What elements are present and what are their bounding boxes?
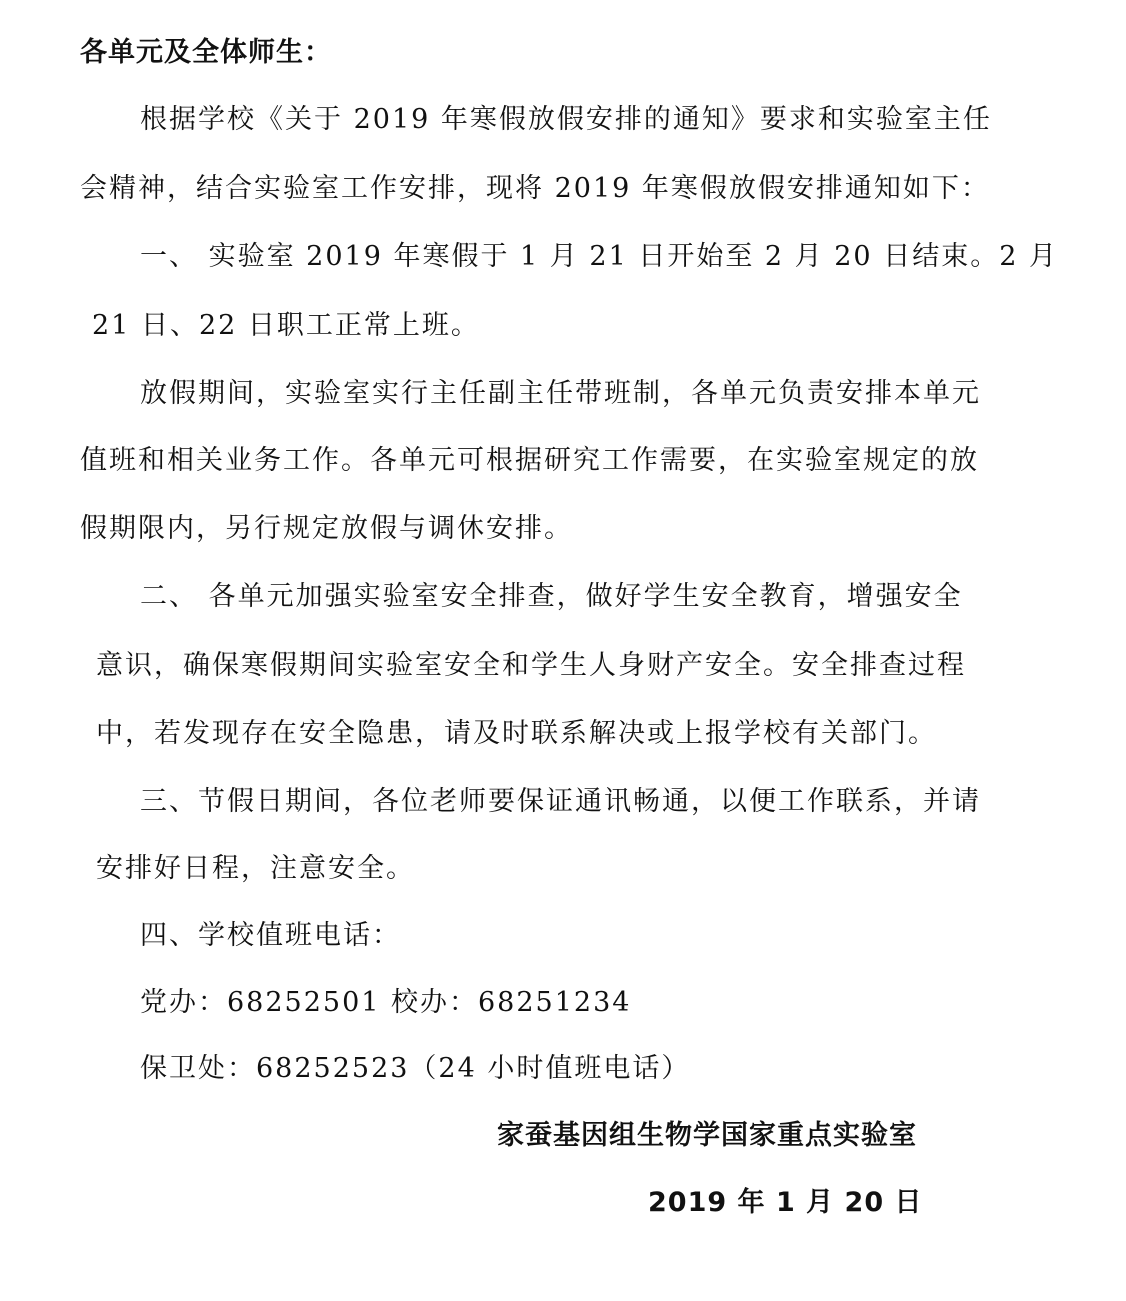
duty-phone-heading: 四、学校值班电话： bbox=[140, 919, 401, 953]
paragraph-3-line-1: 放假期间，实验室实行主任副主任带班制，各单元负责安排本单元 bbox=[140, 377, 981, 411]
paragraph-3-line-2: 值班和相关业务工作。各单元可根据研究工作需要，在实验室规定的放 bbox=[80, 444, 979, 478]
salutation: 各单元及全体师生： bbox=[80, 36, 332, 70]
security-phone: 保卫处：68252523（24 小时值班电话） bbox=[140, 1052, 690, 1086]
paragraph-1-line-1: 根据学校《关于 2019 年寒假放假安排的通知》要求和实验室主任 bbox=[140, 103, 992, 137]
paragraph-4-line-3: 中，若发现存在安全隐患，请及时联系解决或上报学校有关部门。 bbox=[96, 717, 937, 751]
paragraph-2-line-1: 一、 实验室 2019 年寒假于 1 月 21 日开始至 2 月 20 日结束。… bbox=[140, 240, 1058, 274]
paragraph-5-line-2: 安排好日程，注意安全。 bbox=[96, 852, 415, 886]
paragraph-1-line-2: 会精神，结合实验室工作安排，现将 2019 年寒假放假安排通知如下： bbox=[80, 172, 990, 206]
paragraph-2-line-2: 21 日、22 日职工正常上班。 bbox=[92, 309, 480, 343]
signature-organization: 家蚕基因组生物学国家重点实验室 bbox=[497, 1119, 917, 1153]
paragraph-5-line-1: 三、节假日期间，各位老师要保证通讯畅通，以便工作联系，并请 bbox=[140, 785, 981, 819]
paragraph-3-line-3: 假期限内，另行规定放假与调休安排。 bbox=[80, 512, 573, 546]
signature-date: 2019 年 1 月 20 日 bbox=[648, 1186, 923, 1220]
paragraph-4-line-1: 二、 各单元加强实验室安全排查，做好学生安全教育，增强安全 bbox=[140, 580, 963, 614]
office-phones: 党办：68252501 校办：68251234 bbox=[140, 986, 631, 1020]
paragraph-4-line-2: 意识，确保寒假期间实验室安全和学生人身财产安全。安全排查过程 bbox=[96, 649, 966, 683]
